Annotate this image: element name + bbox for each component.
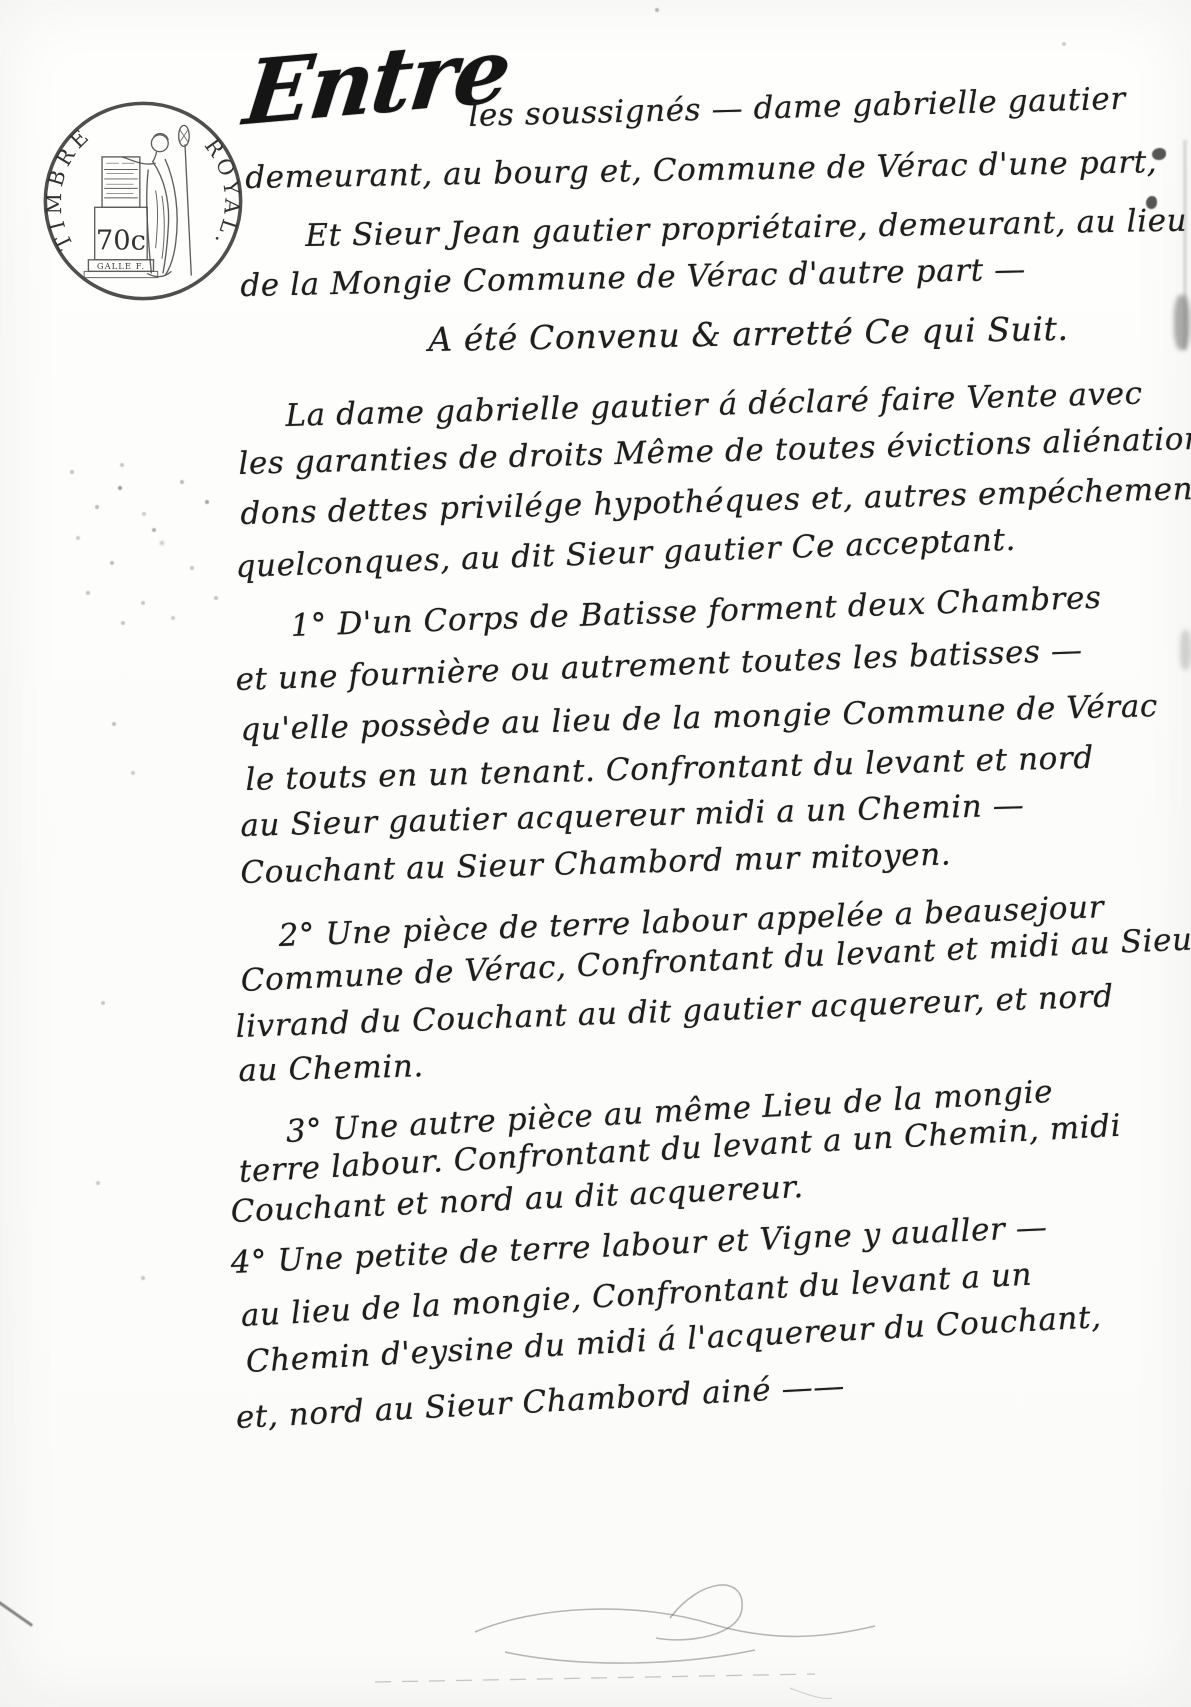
handwritten-line: de la Mongie Commune de Vérac d'autre pa… <box>240 252 1026 304</box>
stamp-arc-text-right: ROYAL. <box>200 134 245 253</box>
timbre-royal-stamp: TIMBRE ROYAL. <box>38 96 248 306</box>
handwritten-line: au Chemin. <box>238 1048 424 1089</box>
margin-ink-speckles <box>0 0 4 4</box>
handwritten-line: et une fournière ou autrement toutes les… <box>235 632 1083 698</box>
edge-streak <box>1183 140 1187 350</box>
stamp-pedestal <box>84 157 158 278</box>
ink-blot <box>1146 196 1157 209</box>
edge-smudge <box>1174 295 1190 350</box>
manuscript-page: TIMBRE ROYAL. <box>0 0 1191 1707</box>
handwritten-line: Couchant au Sieur Chambord mur mitoyen. <box>240 836 952 891</box>
stamp-seal-graphic: TIMBRE ROYAL. <box>38 96 248 306</box>
handwritten-line: qu'elle possède au lieu de la mongie Com… <box>240 688 1158 748</box>
handwritten-line: A été Convenu & arretté Ce qui Suit. <box>428 309 1069 359</box>
handwritten-line: demeurant, au bourg et, Commune de Vérac… <box>245 144 1158 196</box>
figure-staff <box>185 144 191 275</box>
handwritten-line: Et Sieur Jean gautier propriétaire, deme… <box>305 203 1187 254</box>
handwritten-line: quelconques, au dit Sieur gautier Ce acc… <box>235 522 1017 585</box>
stamp-engraver-mark: GALLE F. <box>97 261 145 271</box>
edge-smudge <box>1180 630 1191 670</box>
handwritten-line: au Sieur gautier acquereur midi a un Che… <box>240 787 1025 844</box>
paper-stack <box>102 157 140 207</box>
stamp-denomination: 70c <box>96 225 146 256</box>
handwritten-line: et, nord au Sieur Chambord ainé —— <box>235 1368 846 1436</box>
handwritten-line: les soussignés — dame gabrielle gautier <box>468 81 1126 134</box>
ink-blot <box>1152 148 1166 160</box>
handwritten-line: dons dettes privilége hypothéques et, au… <box>240 470 1191 532</box>
ink-flourish <box>370 1570 1030 1707</box>
corner-mark <box>0 1600 33 1627</box>
handwritten-line: 1° D'un Corps de Batisse forment deux Ch… <box>290 580 1102 644</box>
